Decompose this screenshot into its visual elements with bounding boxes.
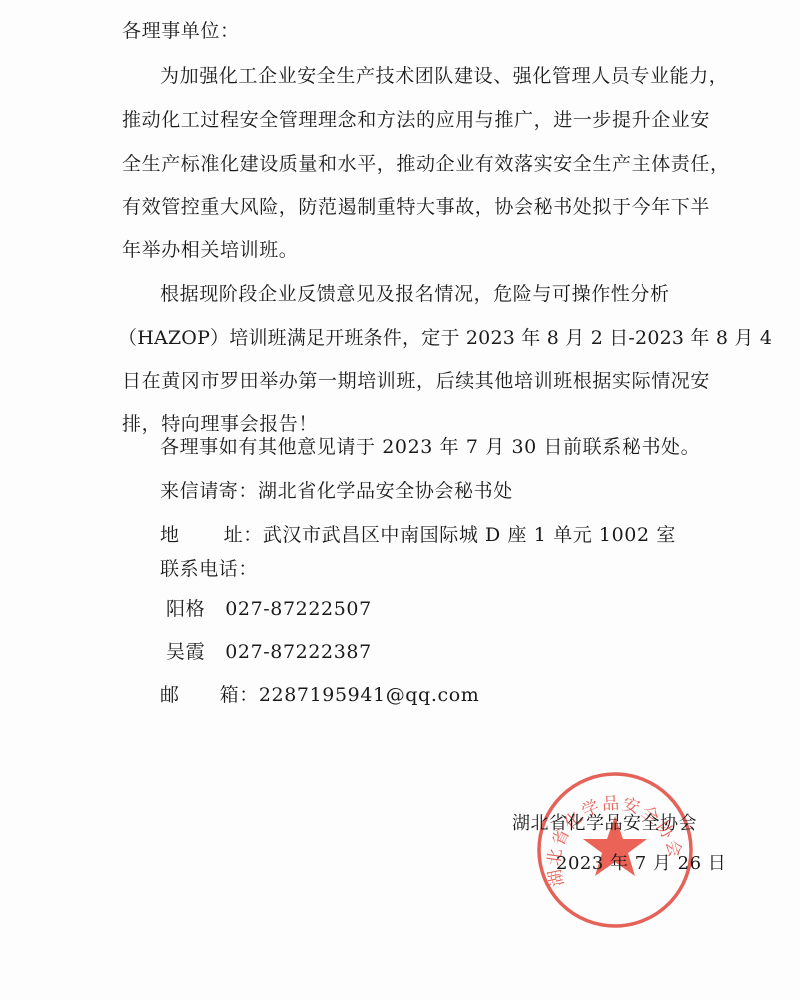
address-label-2: 址： bbox=[224, 524, 263, 546]
paragraph2-line3: 日在黄冈市罗田举办第一期培训班，后续其他培训班根据实际情况安 bbox=[122, 369, 710, 393]
address-row: 地址：武汉市武昌区中南国际城 D 座 1 单元 1002 室 bbox=[160, 523, 676, 547]
salutation: 各理事单位： bbox=[122, 19, 240, 43]
phone-contact-name: 吴霞 bbox=[166, 641, 205, 663]
phone-row-2: 吴霞027-87222387 bbox=[166, 640, 372, 664]
phone-contact-name: 阳格 bbox=[166, 598, 205, 620]
official-seal-icon: 湖北省化学品安全协会 bbox=[536, 771, 694, 929]
phone-row-1: 阳格027-87222507 bbox=[166, 597, 372, 621]
paragraph1-line1: 为加强化工企业安全生产技术团队建设、强化管理人员专业能力， bbox=[160, 64, 728, 88]
email-label-1: 邮 bbox=[160, 684, 180, 706]
signature-organization: 湖北省化学品安全协会 bbox=[512, 812, 697, 836]
paragraph2-line4: 排，特向理事会报告！ bbox=[122, 412, 318, 436]
phone-label: 联系电话： bbox=[160, 557, 258, 581]
email-value: 2287195941@qq.com bbox=[259, 684, 480, 706]
email-row: 邮箱：2287195941@qq.com bbox=[160, 683, 479, 707]
paragraph2-line1: 根据现阶段企业反馈意见及报名情况，危险与可操作性分析 bbox=[160, 282, 670, 306]
paragraph1-line2: 推动化工过程安全管理理念和方法的应用与推广，进一步提升企业安 bbox=[122, 108, 710, 132]
paragraph2-line2: （HAZOP）培训班满足开班条件，定于 2023 年 8 月 2 日-2023 … bbox=[118, 326, 772, 350]
address-value: 武汉市武昌区中南国际城 D 座 1 单元 1002 室 bbox=[263, 524, 676, 546]
phone-number: 027-87222507 bbox=[225, 598, 372, 620]
phone-number: 027-87222387 bbox=[225, 641, 372, 663]
paragraph1-line4: 有效管控重大风险，防范遏制重特大事故，协会秘书处拟于今年下半 bbox=[122, 195, 710, 219]
address-label-1: 地 bbox=[160, 524, 180, 546]
deadline-note: 各理事如有其他意见请于 2023 年 7 月 30 日前联系秘书处。 bbox=[160, 435, 700, 459]
paragraph1-line3: 全生产标准化建设质量和水平，推动企业有效落实安全生产主体责任， bbox=[122, 152, 730, 176]
mail-to-label: 来信请寄： bbox=[160, 480, 258, 502]
email-label-2: 箱： bbox=[220, 684, 259, 706]
paragraph1-line5: 年举办相关培训班。 bbox=[122, 238, 298, 262]
document-page: 各理事单位： 为加强化工企业安全生产技术团队建设、强化管理人员专业能力， 推动化… bbox=[0, 0, 800, 999]
mail-to-value: 湖北省化学品安全协会秘书处 bbox=[258, 480, 513, 502]
signature-date: 2023 年 7 月 26 日 bbox=[556, 852, 726, 876]
mail-to-row: 来信请寄：湖北省化学品安全协会秘书处 bbox=[160, 479, 513, 503]
